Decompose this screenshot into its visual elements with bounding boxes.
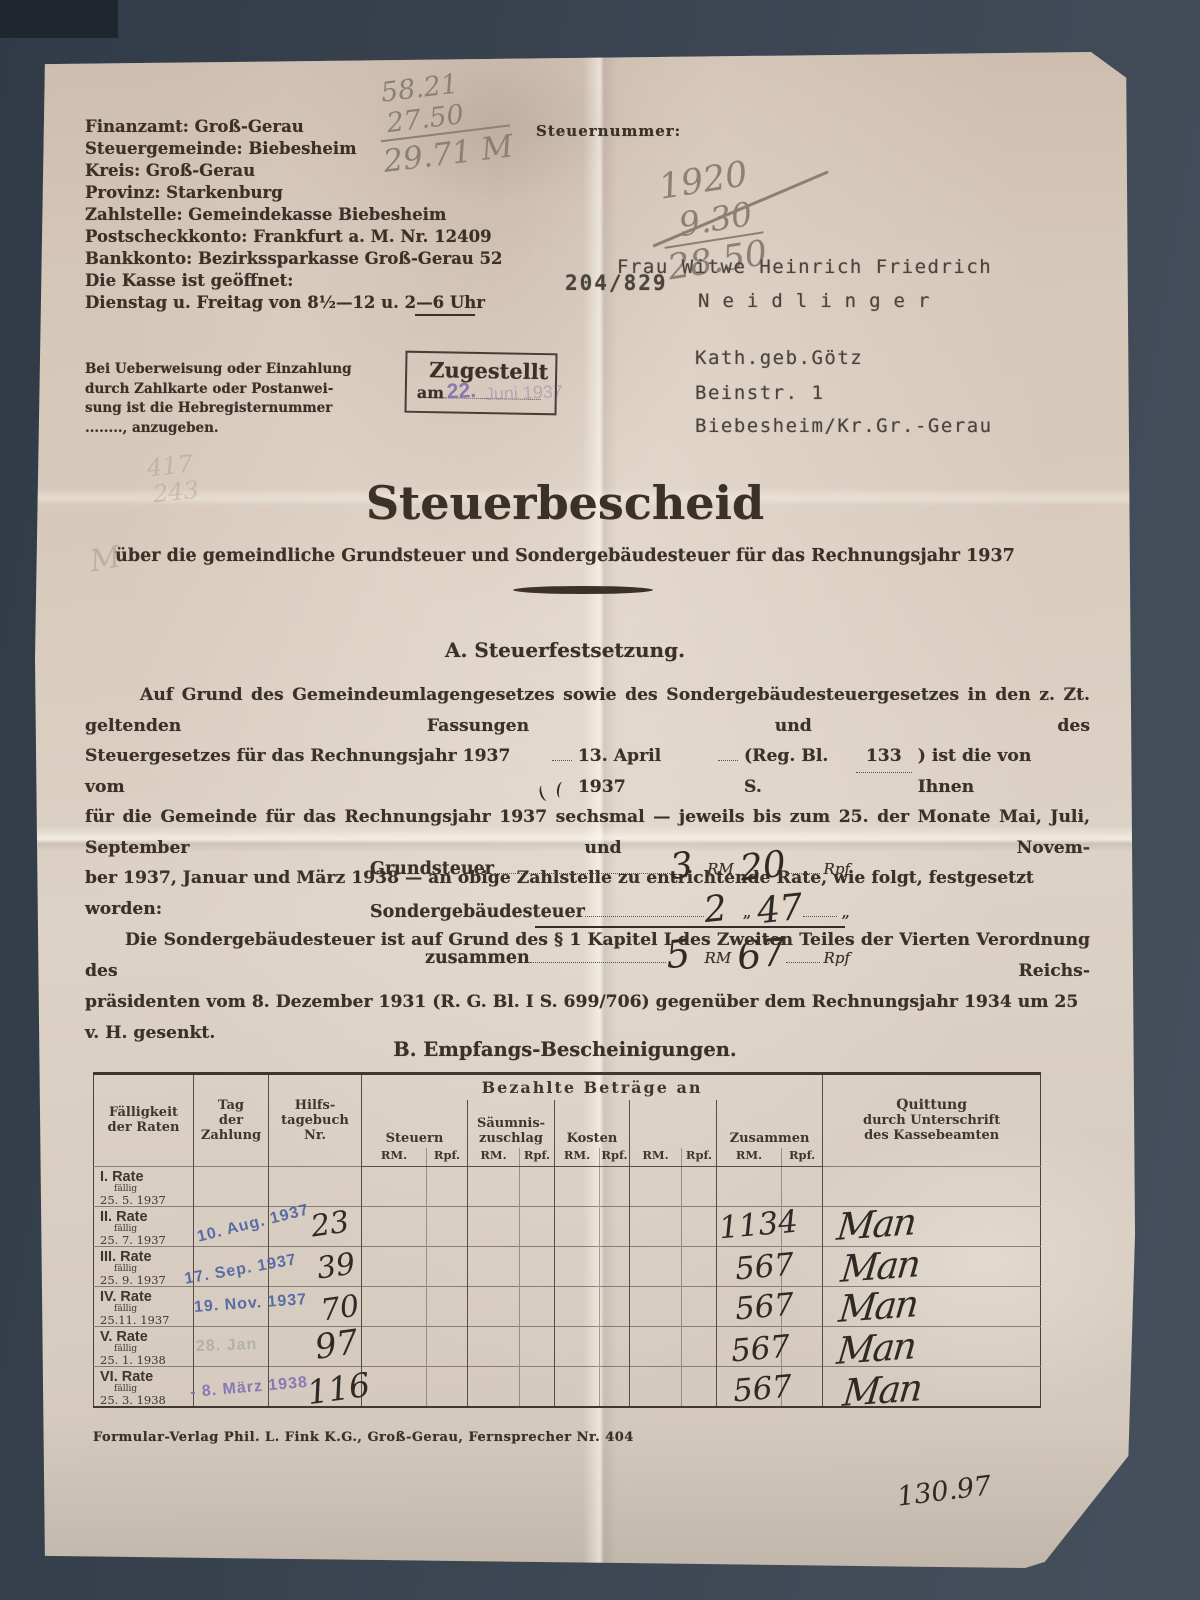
info-oeffnungszeiten: Dienstag u. Freitag von 8½—12 u. 2—6 Uhr	[85, 292, 502, 314]
rate-name: II. Rate	[100, 1210, 193, 1225]
steuernummer-label: Steuernummer:	[536, 122, 681, 140]
header-line: zuschlag	[468, 1131, 554, 1146]
notice-line: sung ist die Hebregisternummer	[85, 399, 352, 419]
unit-rpf: Rpf.	[600, 1148, 630, 1167]
header-blank-column	[630, 1100, 717, 1148]
total-cell: 567	[717, 1366, 782, 1407]
rate-name: I. Rate	[100, 1170, 193, 1185]
notice-line: durch Zahlkarte oder Postanwei-	[85, 380, 352, 400]
dotted-leader	[803, 902, 837, 917]
rate-label-cell: II. Rate fällig 25. 7. 1937	[94, 1206, 194, 1246]
unit-rpf: Rpf.	[520, 1148, 555, 1167]
table-row-rate-2: II. Rate fällig 25. 7. 1937 10. Aug. 193…	[94, 1206, 1041, 1246]
paragraph-line: Auf Grund des Gemeindeumlagengesetzes so…	[85, 680, 1090, 741]
header-line: Fälligkeit	[94, 1105, 193, 1120]
journal-nr-cell: 97	[269, 1326, 362, 1366]
unit-rpf: Rpf.	[682, 1148, 717, 1167]
dotted-blank	[718, 746, 738, 761]
header-steuern: Steuern	[362, 1100, 468, 1148]
cashier-signature: Man	[837, 1282, 919, 1331]
unit-rm: RM.	[468, 1148, 520, 1167]
dotted-leader	[494, 859, 670, 874]
header-hilfstagebuch: Hilfs- tagebuch Nr.	[269, 1074, 362, 1167]
ornament-divider	[513, 586, 653, 594]
paragraph-text: für die Gemeinde für das Rechnungsjahr 1…	[85, 807, 556, 827]
payment-date-cell	[194, 1166, 269, 1206]
header-line: Hilfs-	[269, 1098, 361, 1113]
recipient-street: Beinstr. 1	[695, 382, 824, 404]
header-line: der Raten	[94, 1120, 193, 1135]
journal-nr-handwritten: 39	[315, 1246, 358, 1286]
background-shadow-corner	[0, 0, 118, 38]
header-saeumniszuschlag: Säumnis- zuschlag	[468, 1100, 555, 1148]
underline-stroke	[415, 314, 475, 316]
document-title: Steuerbescheid	[35, 476, 1095, 530]
unit-rm: RM.	[630, 1148, 682, 1167]
dotted-blank	[552, 746, 572, 761]
total-cell: 1134	[717, 1206, 782, 1246]
photo-background: Finanzamt: Groß-Gerau Steuergemeinde: Bi…	[0, 0, 1200, 1600]
header-line: des Kassebeamten	[823, 1128, 1040, 1143]
due-date: 25. 7. 1937	[100, 1234, 193, 1246]
table-row-rate-6: VI. Rate fällig 25. 3. 1938 - 8. März 19…	[94, 1366, 1041, 1407]
unit-rpf: Rpf.	[782, 1148, 823, 1167]
amount-row-grundsteuer: Grundsteuer 3 RM 20 Rpf	[370, 842, 850, 883]
header-faelligkeit: Fälligkeit der Raten	[94, 1074, 194, 1167]
table-row-rate-4: IV. Rate fällig 25.11. 1937 19. Nov. 193…	[94, 1286, 1041, 1326]
recipient-town: Biebesheim/Kr.Gr.-Gerau	[695, 415, 993, 437]
table-row-rate-5: V. Rate fällig 25. 1. 1938 28. Jan 97 56…	[94, 1326, 1041, 1366]
payment-date-cell: 28. Jan	[194, 1326, 269, 1366]
header-line: durch Unterschrift	[823, 1113, 1040, 1128]
rate-name: IV. Rate	[100, 1290, 193, 1305]
notice-line: ........, anzugeben.	[85, 419, 352, 439]
paragraph-text: ) ist die von Ihnen	[918, 741, 1090, 802]
due-date: 25. 5. 1937	[100, 1194, 193, 1206]
journal-nr-handwritten: 97	[312, 1322, 360, 1368]
amount-rm-unit: „	[743, 902, 752, 922]
ink-note-bottom-right: 130.97	[895, 1470, 993, 1512]
amount-rm-handwritten: 3	[668, 845, 695, 888]
cashier-signature: Man	[835, 1200, 917, 1249]
signature-cell: Man	[823, 1286, 1041, 1326]
unit-rm: RM.	[555, 1148, 600, 1167]
rate-name: III. Rate	[100, 1250, 193, 1265]
info-postscheckkonto: Postscheckkonto: Frankfurt a. M. Nr. 124…	[85, 226, 502, 248]
paragraph-bold-word: sechsmal	[556, 807, 645, 827]
document-paper: Finanzamt: Groß-Gerau Steuergemeinde: Bi…	[35, 52, 1135, 1568]
rate-label-cell: I. Rate fällig 25. 5. 1937	[94, 1166, 194, 1206]
amount-rm-unit: RM	[707, 860, 734, 878]
signature-cell	[823, 1166, 1041, 1206]
due-date: 25. 3. 1938	[100, 1394, 193, 1406]
total-handwritten: 567	[730, 1328, 792, 1369]
paragraph-text: Steuergesetzes für das Rechnungsjahr 193…	[85, 741, 546, 802]
due-date: 25.11. 1937	[100, 1314, 193, 1326]
rate-name: V. Rate	[100, 1330, 193, 1345]
header-tag-der-zahlung: Tag der Zahlung	[194, 1074, 269, 1167]
header-quittung: Quittung durch Unterschrift des Kassebea…	[823, 1074, 1041, 1167]
header-line: Nr.	[269, 1128, 361, 1143]
amount-rpf-unit: „	[841, 902, 850, 922]
receipts-table: Fälligkeit der Raten Tag der Zahlung Hil…	[93, 1072, 1041, 1408]
reduction-paragraph: Die Sondergebäudesteuer ist auf Grund de…	[85, 925, 1090, 1049]
printer-imprint: Formular-Verlag Phil. L. Fink K.G., Groß…	[93, 1430, 634, 1445]
signature-cell: Man	[823, 1366, 1041, 1407]
payment-date-cell: 19. Nov. 1937	[194, 1286, 269, 1326]
delivery-stamp-box: Zugestellt am 22. Juni 1937	[404, 351, 557, 416]
payment-notice: Bei Ueberweisung oder Einzahlung durch Z…	[85, 360, 352, 438]
dotted-leader	[786, 859, 820, 874]
table-row-rate-1: I. Rate fällig 25. 5. 1937	[94, 1166, 1041, 1206]
journal-nr-cell	[269, 1166, 362, 1206]
amount-label: Sondergebäudesteuer	[370, 902, 585, 922]
cashier-signature: Man	[835, 1324, 917, 1373]
recipient-maiden-name: Kath.geb.Götz	[695, 347, 863, 369]
total-cell: 567	[717, 1326, 782, 1366]
total-cell: 567	[717, 1286, 782, 1326]
notice-line: Bei Ueberweisung oder Einzahlung	[85, 360, 352, 380]
payment-date-cell: - 8. März 1938	[194, 1366, 269, 1407]
unit-rpf: Rpf.	[427, 1148, 468, 1167]
stamp-day-value: 22.	[446, 379, 476, 404]
rate-label-cell: IV. Rate fällig 25.11. 1937	[94, 1286, 194, 1326]
cashier-signature: Man	[841, 1366, 923, 1415]
section-b-heading: B. Empfangs-Bescheinigungen.	[65, 1038, 1065, 1061]
journal-nr-handwritten: 116	[305, 1364, 373, 1411]
header-line: der	[194, 1113, 268, 1128]
pencil-calc-top: 58.21 27.50 29.71 M	[379, 63, 515, 179]
paragraph-text: (Reg. Bl. S.	[744, 741, 850, 802]
stamp-am-label: am	[417, 383, 445, 402]
rate-name: VI. Rate	[100, 1370, 193, 1385]
table-row-rate-3: III. Rate fällig 25. 9. 1937 17. Sep. 19…	[94, 1246, 1041, 1286]
payment-date-cell: 17. Sep. 1937	[194, 1246, 269, 1286]
signature-cell: Man	[823, 1326, 1041, 1366]
total-handwritten: 567	[734, 1246, 796, 1287]
rate-label-cell: V. Rate fällig 25. 1. 1938	[94, 1326, 194, 1366]
recipient-name-line1: Frau Witwe Heinrich Friedrich	[617, 256, 992, 278]
payment-date-stamp: 28. Jan	[196, 1335, 258, 1355]
header-line: Tag	[194, 1098, 268, 1113]
header-line: Zahlung	[194, 1128, 268, 1143]
total-handwritten: 567	[734, 1286, 796, 1327]
recipient-name-line2: Neidlinger	[698, 290, 942, 312]
receipts-table-wrap: Fälligkeit der Raten Tag der Zahlung Hil…	[93, 1072, 1041, 1408]
amount-rpf-unit: Rpf	[824, 860, 850, 878]
signature-cell: Man	[823, 1206, 1041, 1246]
section-a-heading: A. Steuerfestsetzung.	[65, 638, 1065, 662]
journal-nr-handwritten: 23	[309, 1204, 352, 1244]
header-kosten: Kosten	[555, 1100, 630, 1148]
header-zusammen: Zusammen	[717, 1100, 823, 1148]
rate-label-cell: VI. Rate fällig 25. 3. 1938	[94, 1366, 194, 1407]
signature-cell: Man	[823, 1246, 1041, 1286]
unit-rm: RM.	[362, 1148, 427, 1167]
info-kasse-geoeffnet: Die Kasse ist geöffnet:	[85, 270, 502, 292]
info-provinz: Provinz: Starkenburg	[85, 182, 502, 204]
paragraph-line-with-blanks: Steuergesetzes für das Rechnungsjahr 193…	[85, 741, 1090, 802]
amount-label: Grundsteuer	[370, 859, 494, 879]
info-zahlstelle: Zahlstelle: Gemeindekasse Biebesheim	[85, 204, 502, 226]
due-date: 25. 1. 1938	[100, 1354, 193, 1366]
info-bankkonto: Bankkonto: Bezirkssparkasse Groß-Gerau 5…	[85, 248, 502, 270]
header-line: tagebuch	[269, 1113, 361, 1128]
rate-label-cell: III. Rate fällig 25. 9. 1937	[94, 1246, 194, 1286]
header-bezahlte-betraege: Bezahlte Beträge an	[362, 1074, 823, 1100]
unit-rm: RM.	[717, 1148, 782, 1167]
total-cell: 567	[717, 1246, 782, 1286]
dotted-leader	[585, 902, 704, 917]
total-handwritten: 1134	[718, 1203, 800, 1246]
law-date-value: 13. April 1937	[578, 741, 712, 802]
total-cell	[717, 1166, 782, 1206]
paragraph-line: Die Sondergebäudesteuer ist auf Grund de…	[85, 925, 1090, 987]
header-line: Säumnis-	[468, 1116, 554, 1131]
amount-rpf-handwritten: 20	[738, 844, 788, 890]
stamp-month-year-value: Juni 1937	[484, 381, 563, 405]
total-handwritten: 567	[732, 1368, 794, 1409]
header-line: Quittung	[823, 1098, 1040, 1113]
reg-page-value: 133	[856, 741, 912, 773]
document-subtitle: über die gemeindliche Grundsteuer und So…	[65, 546, 1065, 566]
amount-row-sondergebaeudesteuer: Sondergebäudesteuer 2 „ 47 „	[370, 885, 850, 926]
due-date: 25. 9. 1937	[100, 1274, 193, 1286]
payment-date-cell: 10. Aug. 1937	[194, 1206, 269, 1246]
